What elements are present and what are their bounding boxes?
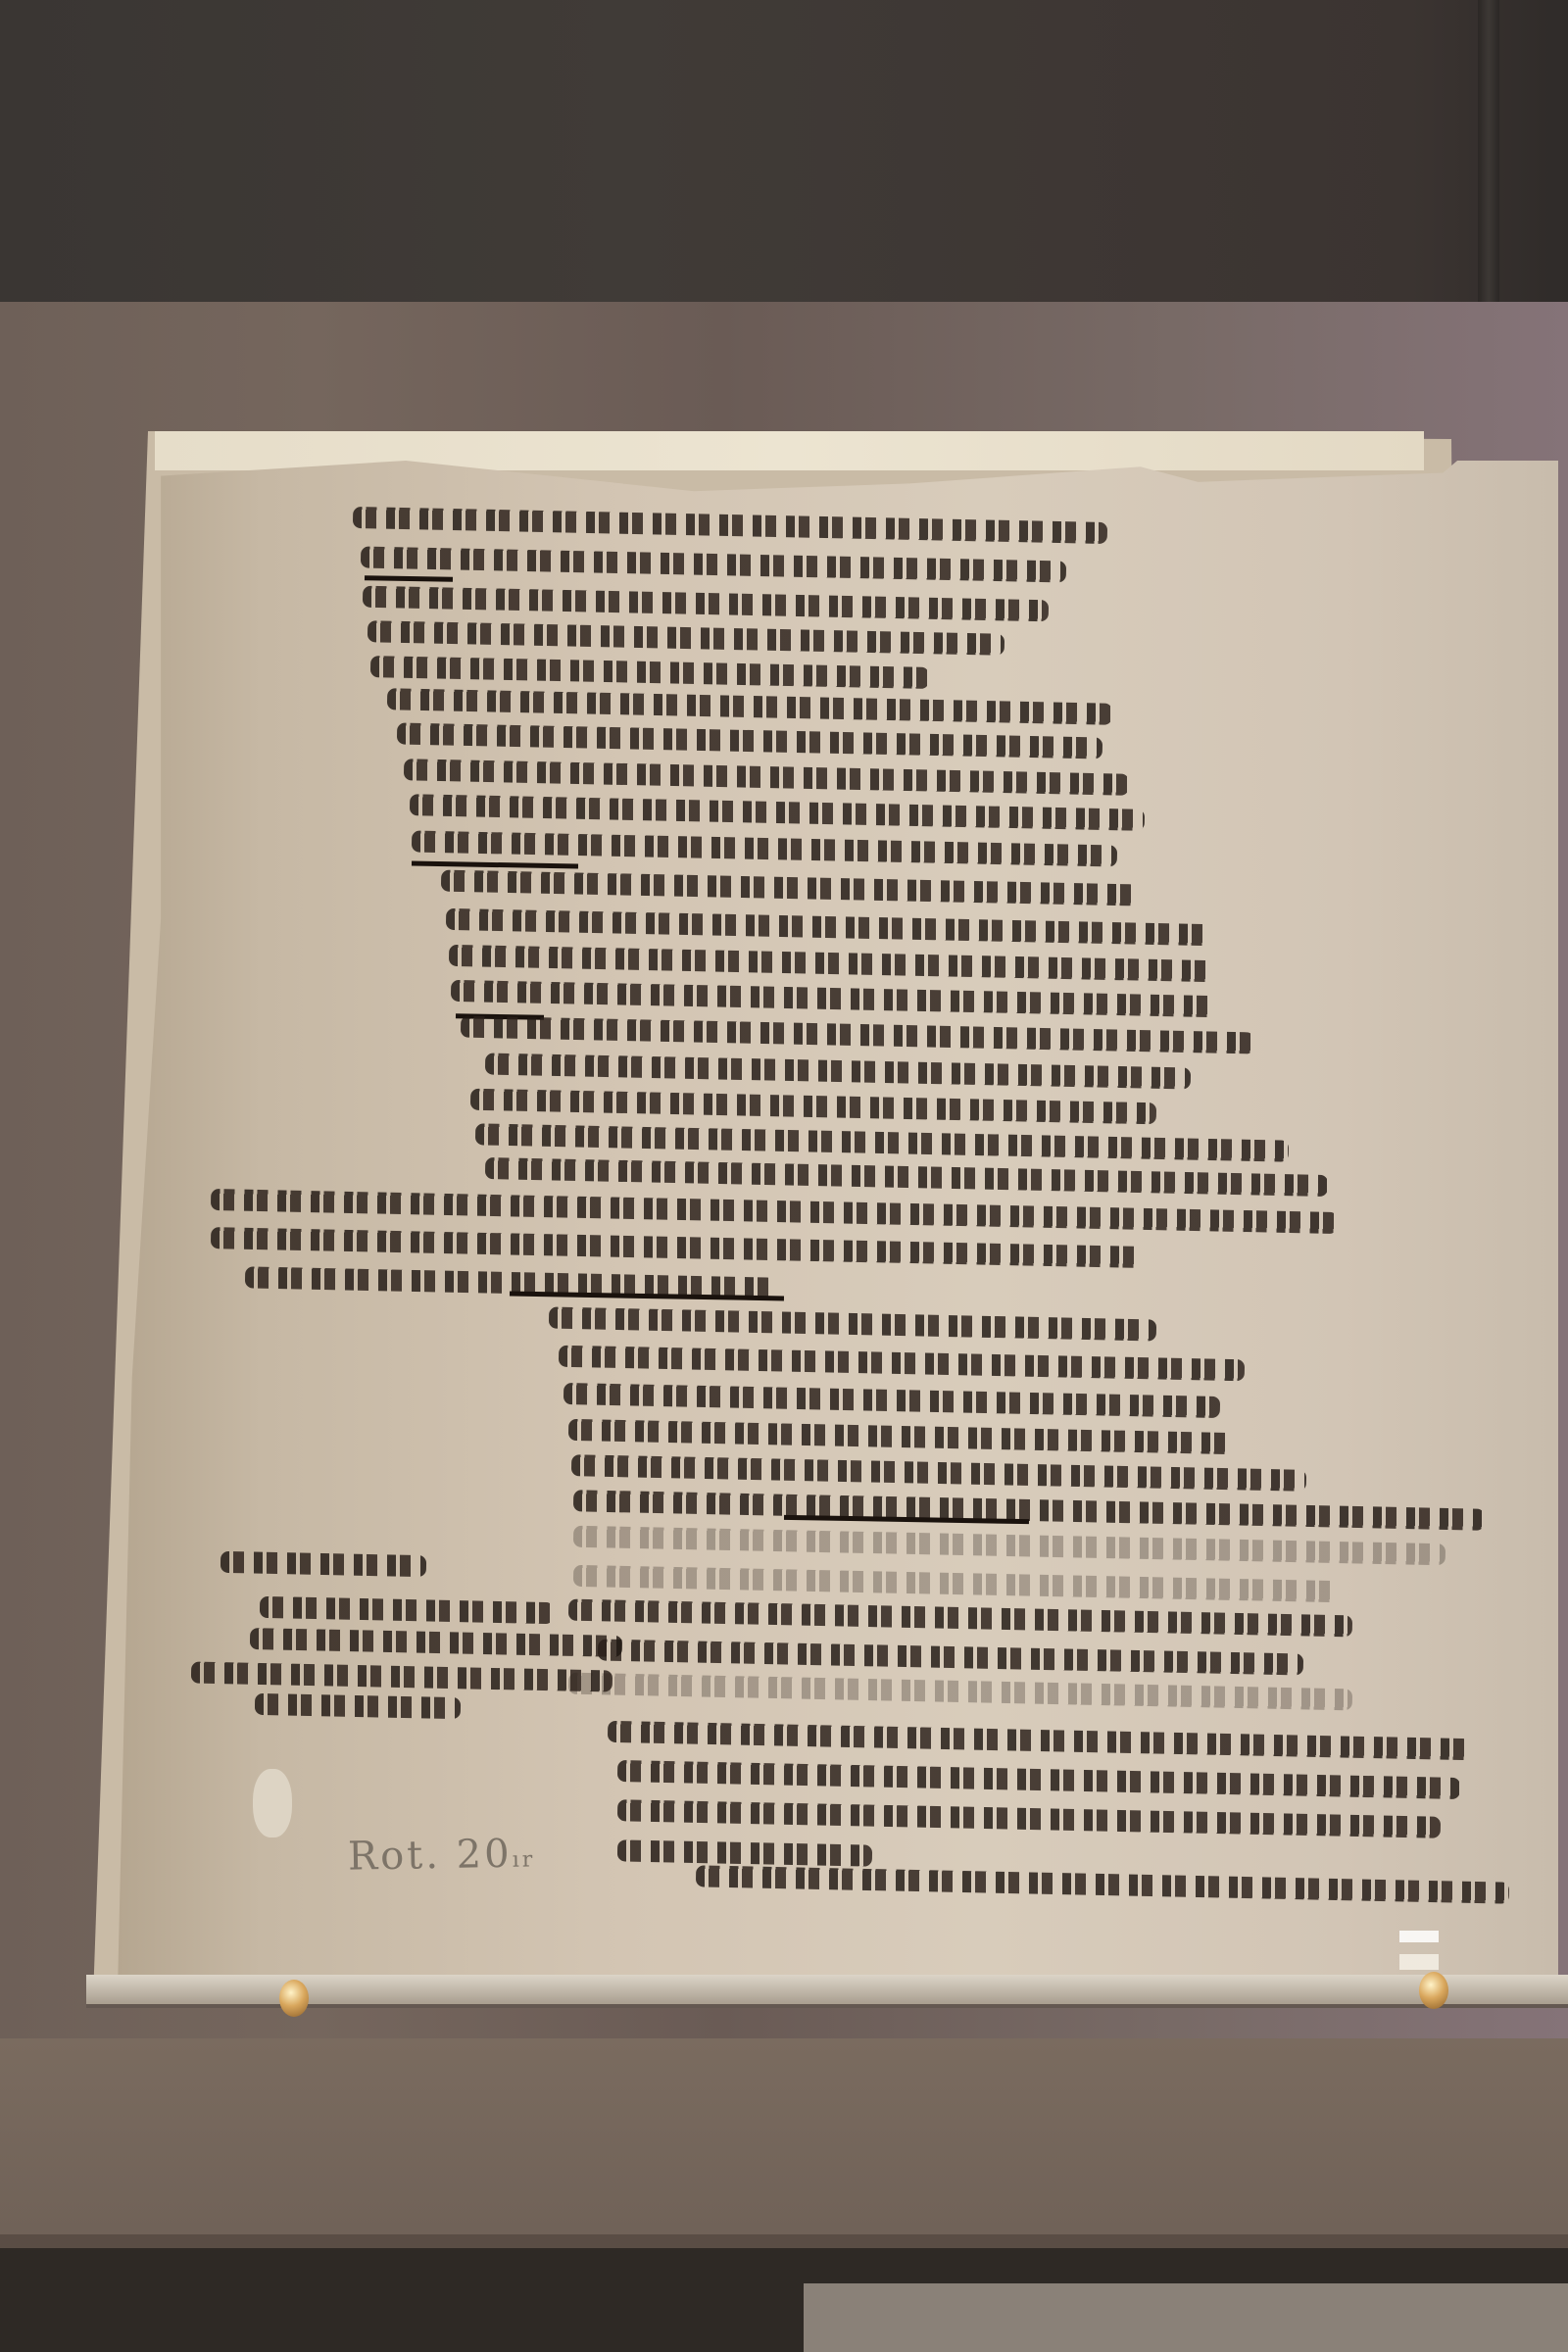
- glass-reflection: [1399, 1931, 1439, 1970]
- brass-pin-left: [279, 1980, 309, 2017]
- manuscript-page: [118, 461, 1558, 1989]
- mount-support-bar: [86, 1975, 1568, 2008]
- archival-pencil-annotation: Rot. 20ır: [348, 1831, 536, 1879]
- pencil-annotation-text: Rot. 20: [348, 1832, 513, 1880]
- dark-wall: [0, 0, 1568, 302]
- paper-stain: [253, 1769, 292, 1837]
- display-board-edge: [0, 2234, 1568, 2248]
- wall-pillar: [1478, 0, 1499, 302]
- pencil-annotation-suffix: ır: [512, 1847, 535, 1872]
- display-board-lower: [0, 2038, 1568, 2254]
- brass-pin-right: [1419, 1972, 1448, 2009]
- foreground-object: [804, 2283, 1568, 2352]
